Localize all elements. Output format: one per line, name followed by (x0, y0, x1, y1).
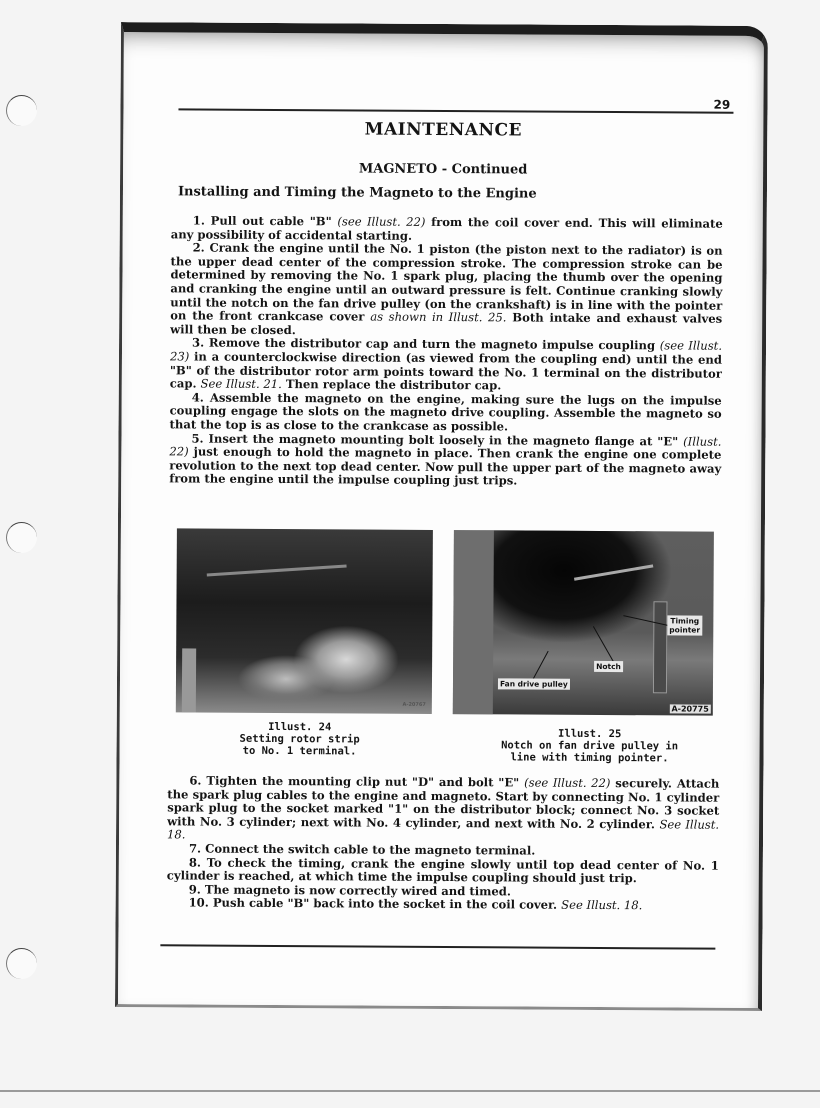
illustration-24-caption: Illust. 24 Setting rotor strip to No. 1 … (200, 721, 400, 758)
illust-reference: (see Illust. 22) (337, 214, 425, 229)
callout-timing-pointer: Timingpointer (667, 615, 702, 635)
step-5: 5. Insert the magneto mounting bolt loos… (169, 432, 721, 490)
page-number: 29 (713, 98, 730, 112)
illust-reference: See Illust. 18. (561, 898, 642, 912)
callout-notch: Notch (594, 661, 623, 672)
page-subtitle: MAGNETO - Continued (123, 160, 763, 179)
illust-reference: See Illust. 21. (201, 377, 282, 391)
illust-reference: as shown in Illust. 25. (370, 310, 506, 325)
binder-hole-bottom (6, 948, 37, 979)
photo-code: A-20767 (402, 702, 425, 708)
scanned-page: 29 MAINTENANCE MAGNETO - Continued Insta… (115, 22, 768, 1011)
section-heading: Installing and Timing the Magneto to the… (178, 184, 537, 201)
scan-edge-line (0, 1090, 820, 1092)
binder-hole-middle (6, 522, 37, 553)
footer-rule (160, 944, 715, 949)
illustration-25-photo: Timingpointer Notch Fan drive pulley A-2… (453, 530, 714, 716)
header-rule (178, 108, 733, 113)
step-10: 10. Push cable "B" back into the socket … (167, 897, 719, 914)
steps-before-figures: 1. Pull out cable "B" (see Illust. 22) f… (169, 214, 723, 489)
steps-after-figures: 6. Tighten the mounting clip nut "D" and… (167, 774, 720, 913)
callout-fan-drive-pulley: Fan drive pulley (498, 678, 570, 689)
step-2: 2. Crank the engine until the No. 1 pist… (170, 242, 723, 341)
page-title: MAINTENANCE (123, 118, 763, 142)
illust-reference: (see Illust. 22) (524, 776, 610, 791)
photo-code: A-20775 (669, 704, 710, 713)
illustration-24-photo: A-20767 (176, 528, 433, 714)
step-3: 3. Remove the distributor cap and turn t… (170, 337, 722, 395)
illustration-25-caption: Illust. 25 Notch on fan drive pulley in … (459, 727, 719, 765)
step-6: 6. Tighten the mounting clip nut "D" and… (167, 774, 719, 845)
binder-hole-top (6, 95, 37, 126)
step-4: 4. Assemble the magneto on the engine, m… (170, 391, 722, 435)
